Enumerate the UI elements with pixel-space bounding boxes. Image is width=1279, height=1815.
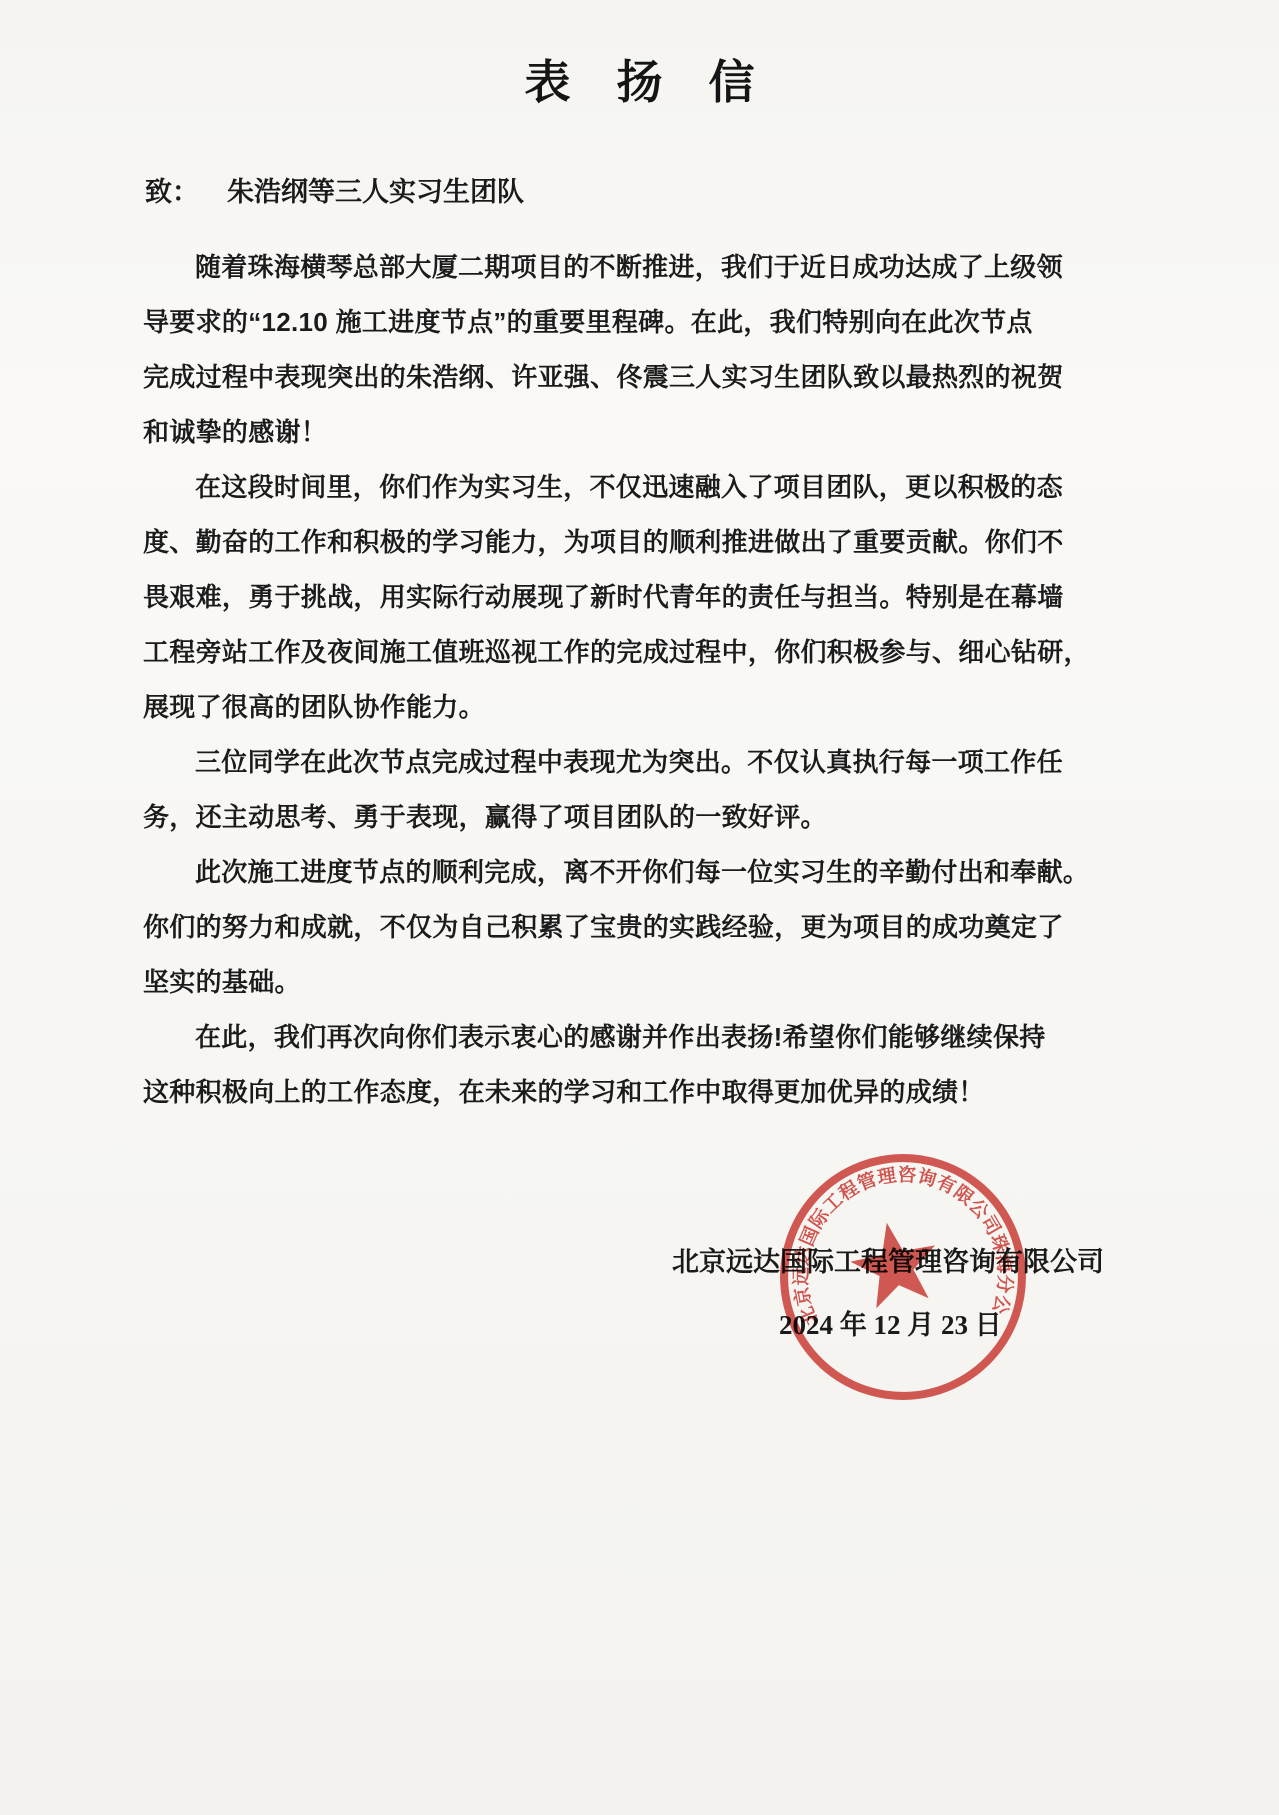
recipient-name: 朱浩纲等三人实习生团队 (227, 177, 524, 207)
seal-graphic: 北京远达国际工程管理咨询有限公司珠海分公司 (765, 1139, 1040, 1414)
salutation-line: 致：朱浩纲等三人实习生团队 (145, 170, 524, 209)
body-line: 度、勤奋的工作和积极的学习能力，为项目的顺利推进做出了重要贡献。你们不 (143, 515, 1028, 570)
letter-page: 表 扬 信 致：朱浩纲等三人实习生团队 随着珠海横琴总部大厦二期项目的不断推进，… (0, 0, 1279, 1815)
body-line: 完成过程中表现突出的朱浩纲、许亚强、佟震三人实习生团队致以最热烈的祝贺 (143, 350, 1028, 405)
body-line: 导要求的“12.10 施工进度节点”的重要里程碑。在此，我们特别向在此次节点 (143, 295, 1028, 350)
body-line: 随着珠海横琴总部大厦二期项目的不断推进，我们于近日成功达成了上级领 (143, 240, 1028, 295)
body-line: 三位同学在此次节点完成过程中表现尤为突出。不仅认真执行每一项工作任 (143, 735, 1028, 790)
body-line: 坚实的基础。 (143, 955, 1028, 1010)
body-line: 你们的努力和成就，不仅为自己积累了宝贵的实践经验，更为项目的成功奠定了 (143, 900, 1028, 955)
body-line: 畏艰难，勇于挑战，用实际行动展现了新时代青年的责任与担当。特别是在幕墙 (143, 570, 1028, 625)
body-line: 此次施工进度节点的顺利完成，离不开你们每一位实习生的辛勤付出和奉献。 (143, 845, 1028, 900)
scan-speck (1051, 487, 1056, 492)
body-line: 和诚挚的感谢！ (143, 405, 1028, 460)
letter-body: 随着珠海横琴总部大厦二期项目的不断推进，我们于近日成功达成了上级领 导要求的“1… (143, 240, 1028, 1120)
salutation-label: 致： (145, 177, 199, 207)
body-line: 在这段时间里，你们作为实习生，不仅迅速融入了项目团队，更以积极的态 (143, 460, 1028, 515)
star-icon (844, 1215, 944, 1312)
body-line: 工程旁站工作及夜间施工值班巡视工作的完成过程中，你们积极参与、细心钻研， (143, 625, 1028, 680)
page-title: 表 扬 信 (0, 46, 1279, 112)
body-line: 在此，我们再次向你们表示衷心的感谢并作出表扬!希望你们能够继续保持 (143, 1010, 1028, 1065)
body-line: 展现了很高的团队协作能力。 (143, 680, 1028, 735)
body-line: 这种积极向上的工作态度，在未来的学习和工作中取得更加优异的成绩！ (143, 1065, 1028, 1120)
company-seal-stamp: 北京远达国际工程管理咨询有限公司珠海分公司 (765, 1139, 1040, 1414)
body-line: 务，还主动思考、勇于表现，赢得了项目团队的一致好评。 (143, 790, 1028, 845)
